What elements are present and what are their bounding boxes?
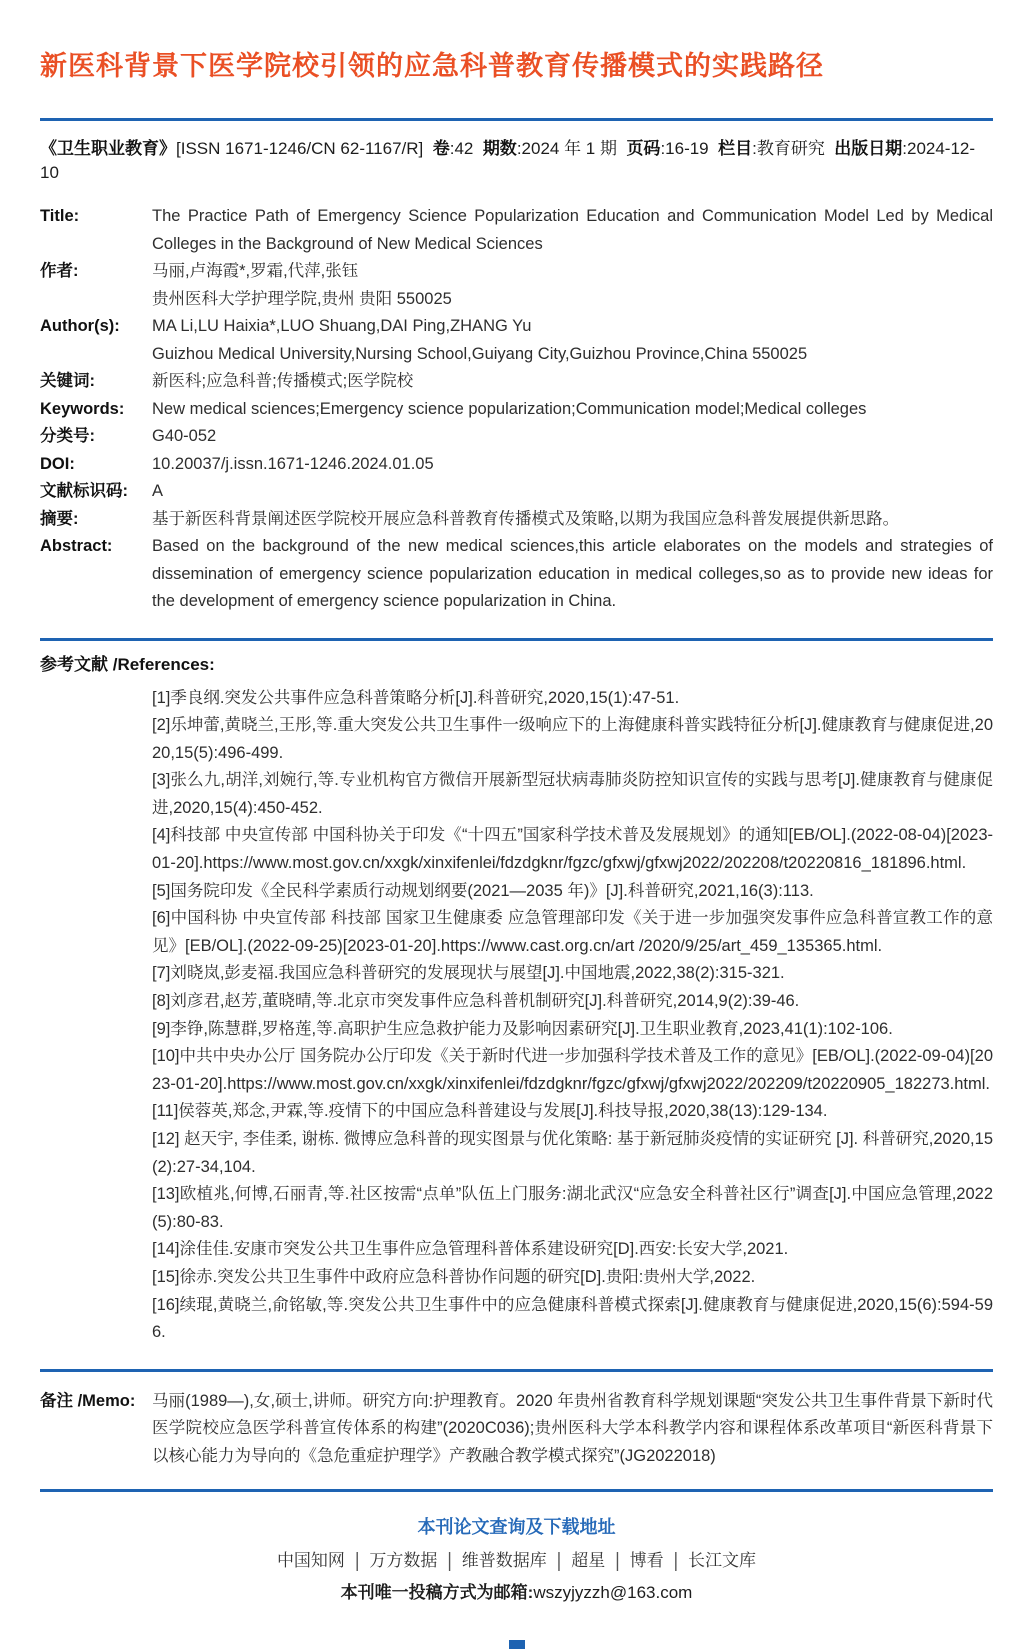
meta-row: Keywords:New medical sciences;Emergency … — [40, 396, 993, 424]
meta-label: 关键词: — [40, 368, 152, 396]
meta-label: Author(s): — [40, 313, 152, 341]
reference-item: [13]欧植兆,何博,石丽青,等.社区按需“点单”队伍上门服务:湖北武汉“应急安… — [152, 1181, 993, 1236]
meta-row: 分类号:G40-052 — [40, 423, 993, 451]
database-separator: | — [355, 1545, 359, 1576]
meta-label: Title: — [40, 203, 152, 231]
reference-item: [4]科技部 中央宣传部 中国科协关于印发《“十四五”国家科学技术普及发展规划》… — [152, 822, 993, 877]
meta-label: 作者: — [40, 258, 152, 286]
meta-label: 分类号: — [40, 423, 152, 451]
email-prefix: 本刊唯一投稿方式为邮箱: — [341, 1583, 534, 1602]
reference-item: [15]徐赤.突发公共卫生事件中政府应急科普协作问题的研究[D].贵阳:贵州大学… — [152, 1264, 993, 1292]
email-address: wszyjyzzh@163.com — [533, 1583, 692, 1602]
journal-field-label: 栏目 — [718, 139, 752, 158]
journal-field-value: :42 — [450, 139, 483, 158]
meta-value: 10.20037/j.issn.1671-1246.2024.01.05 — [152, 451, 993, 479]
journal-field-label: 《卫生职业教育》 — [40, 139, 176, 158]
meta-value-line: 贵州医科大学护理学院,贵州 贵阳 550025 — [152, 286, 993, 314]
reference-item: [12] 赵天宇, 李佳柔, 谢栋. 微博应急科普的现实图景与优化策略: 基于新… — [152, 1126, 993, 1181]
database-separator: | — [557, 1545, 561, 1576]
meta-value-line: MA Li,LU Haixia*,LUO Shuang,DAI Ping,ZHA… — [152, 313, 993, 341]
journal-field-label: 卷 — [433, 139, 450, 158]
metadata-section: Title:The Practice Path of Emergency Sci… — [40, 203, 993, 616]
divider-top — [40, 118, 993, 121]
reference-item: [1]季良纲.突发公共事件应急科普策略分析[J].科普研究,2020,15(1)… — [152, 685, 993, 713]
journal-field-value: :16-19 — [660, 139, 718, 158]
database-name: 长江文库 — [688, 1551, 756, 1570]
reference-item: [11]侯蓉英,郑念,尹霖,等.疫情下的中国应急科普建设与发展[J].科技导报,… — [152, 1098, 993, 1126]
meta-row: Abstract:Based on the background of the … — [40, 533, 993, 616]
footer-heading: 本刊论文查询及下载地址 — [40, 1514, 993, 1540]
meta-value-line: Guizhou Medical University,Nursing Schoo… — [152, 341, 993, 369]
meta-value-line: Based on the background of the new medic… — [152, 533, 993, 616]
article-title: 新医科背景下医学院校引领的应急科普教育传播模式的实践路径 — [40, 50, 993, 82]
document-page: 新医科背景下医学院校引领的应急科普教育传播模式的实践路径 《卫生职业教育》[IS… — [40, 0, 993, 1649]
meta-label: 摘要: — [40, 506, 152, 534]
reference-item: [2]乐坤蕾,黄晓兰,王彤,等.重大突发公共卫生事件一级响应下的上海健康科普实践… — [152, 712, 993, 767]
meta-value: 马丽,卢海霞*,罗霜,代萍,张钰贵州医科大学护理学院,贵州 贵阳 550025 — [152, 258, 993, 313]
reference-item: [8]刘彦君,赵芳,董晓晴,等.北京市突发事件应急科普机制研究[J].科普研究,… — [152, 988, 993, 1016]
meta-value-line: 新医科;应急科普;传播模式;医学院校 — [152, 368, 993, 396]
reference-item: [16]续琨,黄晓兰,俞铭敏,等.突发公共卫生事件中的应急健康科普模式探索[J]… — [152, 1292, 993, 1347]
reference-item: [5]国务院印发《全民科学素质行动规划纲要(2021—2035 年)》[J].科… — [152, 878, 993, 906]
meta-value: G40-052 — [152, 423, 993, 451]
memo-label: 备注 /Memo: — [40, 1388, 152, 1471]
meta-row: Author(s):MA Li,LU Haixia*,LUO Shuang,DA… — [40, 313, 993, 368]
meta-row: Title:The Practice Path of Emergency Sci… — [40, 203, 993, 258]
meta-value-line: 基于新医科背景阐述医学院校开展应急科普教育传播模式及策略,以期为我国应急科普发展… — [152, 506, 993, 534]
journal-field-label: 出版日期 — [834, 139, 902, 158]
journal-field-value: :2024 年 1 期 — [517, 139, 627, 158]
memo-section: 备注 /Memo: 马丽(1989—),女,硕士,讲师。研究方向:护理教育。20… — [40, 1388, 993, 1471]
meta-value: A — [152, 478, 993, 506]
meta-label: DOI: — [40, 451, 152, 479]
meta-label: Keywords: — [40, 396, 152, 424]
journal-field-label: 页码 — [626, 139, 660, 158]
meta-row: 文献标识码:A — [40, 478, 993, 506]
meta-value: The Practice Path of Emergency Science P… — [152, 203, 993, 258]
database-separator: | — [674, 1545, 678, 1576]
database-list: 中国知网|万方数据|维普数据库|超星|博看|长江文库 — [40, 1548, 993, 1574]
meta-row: DOI:10.20037/j.issn.1671-1246.2024.01.05 — [40, 451, 993, 479]
meta-value: Based on the background of the new medic… — [152, 533, 993, 616]
meta-row: 摘要:基于新医科背景阐述医学院校开展应急科普教育传播模式及策略,以期为我国应急科… — [40, 506, 993, 534]
journal-field-value: :教育研究 — [752, 139, 834, 158]
journal-field-value: [ISSN 1671-1246/CN 62-1167/R] — [176, 139, 433, 158]
reference-item: [10]中共中央办公厅 国务院办公厅印发《关于新时代进一步加强科学技术普及工作的… — [152, 1043, 993, 1098]
journal-info-line: 《卫生职业教育》[ISSN 1671-1246/CN 62-1167/R] 卷:… — [40, 137, 993, 185]
journal-field-label: 期数 — [483, 139, 517, 158]
references-heading: 参考文献 /References: — [40, 653, 993, 677]
database-name: 维普数据库 — [462, 1551, 547, 1570]
meta-value-line: The Practice Path of Emergency Science P… — [152, 203, 993, 258]
meta-value-line: A — [152, 478, 993, 506]
database-name: 博看 — [630, 1551, 664, 1570]
database-name: 中国知网 — [277, 1551, 345, 1570]
meta-value: New medical sciences;Emergency science p… — [152, 396, 993, 424]
divider-meta-references — [40, 638, 993, 641]
submission-email-line: 本刊唯一投稿方式为邮箱:wszyjyzzh@163.com — [40, 1580, 993, 1606]
meta-value: MA Li,LU Haixia*,LUO Shuang,DAI Ping,ZHA… — [152, 313, 993, 368]
database-name: 万方数据 — [369, 1551, 437, 1570]
meta-value-line: 马丽,卢海霞*,罗霜,代萍,张钰 — [152, 258, 993, 286]
database-separator: | — [615, 1545, 619, 1576]
meta-label: Abstract: — [40, 533, 152, 561]
footer-section: 本刊论文查询及下载地址 中国知网|万方数据|维普数据库|超星|博看|长江文库 本… — [40, 1514, 993, 1649]
references-section: 参考文献 /References: [1]季良纲.突发公共事件应急科普策略分析[… — [40, 653, 993, 1347]
meta-value-line: G40-052 — [152, 423, 993, 451]
meta-row: 作者:马丽,卢海霞*,罗霜,代萍,张钰贵州医科大学护理学院,贵州 贵阳 5500… — [40, 258, 993, 313]
meta-value: 基于新医科背景阐述医学院校开展应急科普教育传播模式及策略,以期为我国应急科普发展… — [152, 506, 993, 534]
memo-text: 马丽(1989—),女,硕士,讲师。研究方向:护理教育。2020 年贵州省教育科… — [152, 1388, 993, 1471]
reference-item: [3]张么九,胡洋,刘婉行,等.专业机构官方微信开展新型冠状病毒肺炎防控知识宣传… — [152, 767, 993, 822]
meta-row: 关键词:新医科;应急科普;传播模式;医学院校 — [40, 368, 993, 396]
meta-label: 文献标识码: — [40, 478, 152, 506]
reference-item: [9]李铮,陈慧群,罗格莲,等.高职护生应急救护能力及影响因素研究[J].卫生职… — [152, 1016, 993, 1044]
reference-item: [7]刘晓岚,彭麦福.我国应急科普研究的发展现状与展望[J].中国地震,2022… — [152, 960, 993, 988]
meta-value-line: 10.20037/j.issn.1671-1246.2024.01.05 — [152, 451, 993, 479]
meta-value: 新医科;应急科普;传播模式;医学院校 — [152, 368, 993, 396]
reference-item: [14]涂佳佳.安康市突发公共卫生事件应急管理科普体系建设研究[D].西安:长安… — [152, 1236, 993, 1264]
database-separator: | — [447, 1545, 451, 1576]
page-bottom-mark — [509, 1640, 525, 1649]
references-list: [1]季良纲.突发公共事件应急科普策略分析[J].科普研究,2020,15(1)… — [152, 685, 993, 1347]
divider-memo-footer — [40, 1489, 993, 1492]
database-name: 超星 — [571, 1551, 605, 1570]
divider-references-memo — [40, 1369, 993, 1372]
meta-value-line: New medical sciences;Emergency science p… — [152, 396, 993, 424]
reference-item: [6]中国科协 中央宣传部 科技部 国家卫生健康委 应急管理部印发《关于进一步加… — [152, 905, 993, 960]
